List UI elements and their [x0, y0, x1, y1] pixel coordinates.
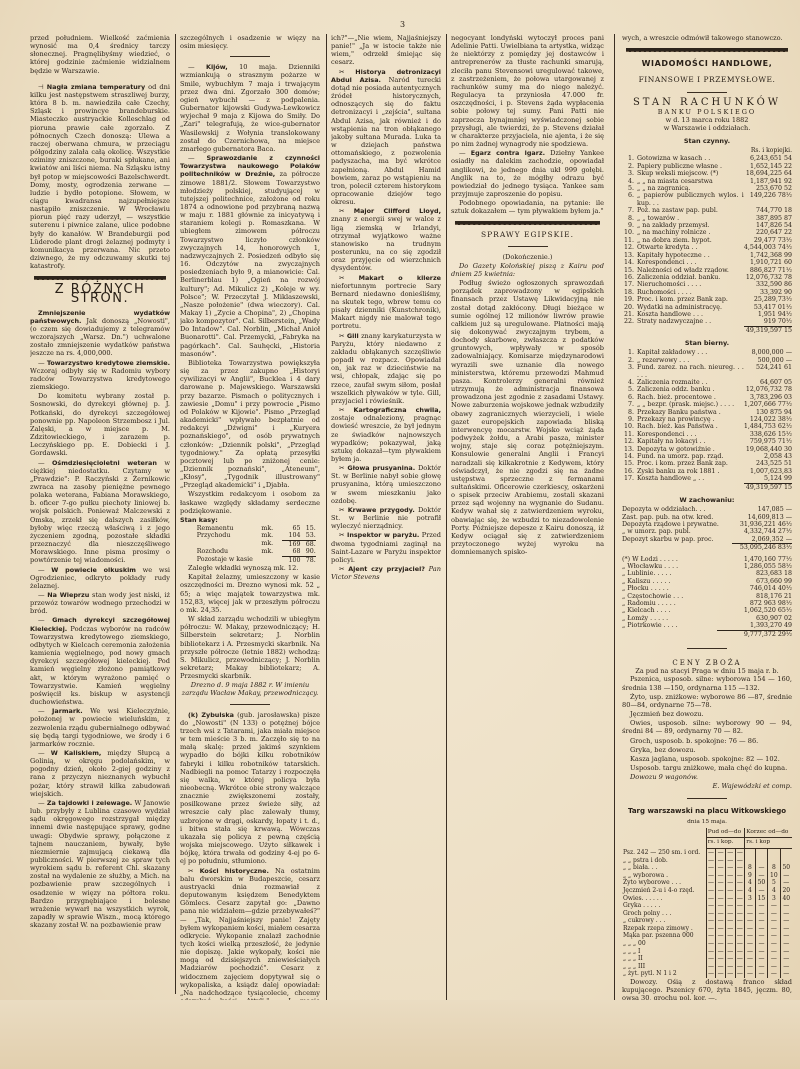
article-title: Za tajdowki i zelewage. — [47, 799, 132, 807]
table-row: Psz. 242 — 250 sm. i ord.———— — [622, 848, 792, 856]
table-row: 15.Proc. i kom. przez Bank zap.243,525 5… — [622, 460, 792, 467]
article-title: Nagła zmiana temperatury — [47, 83, 145, 91]
article: ✂ Głowa prusyanina. Doktór St. w Berlini… — [331, 464, 441, 505]
article: — Towarzystwo kredytowe ziemskie. Wczora… — [30, 359, 170, 392]
price-line: Usposob. targu zniżkowe, mała chęć do ku… — [622, 764, 792, 772]
table-row: „ Częstochowie . . .818,176 21 — [622, 593, 792, 600]
price-line: Dowozu 9 wagonów. — [622, 773, 792, 781]
scissors-icon: ✂ — [339, 506, 348, 514]
price-line: Pszenica, usposob. silne: wyborowa 154 —… — [622, 675, 792, 691]
table-unit: Rs. i kopiejki. — [622, 147, 792, 155]
table-row: 10.Rach. bież. kas Państwa .1,484,753 62… — [622, 423, 792, 430]
article: — Kijów, 10 maja. Dzienniki wzmiankują o… — [180, 63, 320, 153]
article-title: W Kaliskiem, — [51, 749, 102, 757]
section-divider — [626, 48, 788, 52]
table-row: „ Lublinie. . . . .823,683 18 — [622, 570, 792, 577]
table-row: (*) W Łodzi . . . . .1,470,160 77½ — [622, 556, 792, 563]
table-row: Mąka par. pszenna 000———————— — [622, 932, 792, 940]
price-line: Jęczmień bez dowozu. — [622, 710, 792, 718]
table-total-row: 49,319,597 15 — [622, 483, 792, 491]
article-text: Podobnego opowiadania, na pytanie: ile s… — [451, 199, 604, 215]
column-3: ich?"—„Nie wiem, Najjaśniejszy panie!" „… — [331, 34, 441, 1019]
table-row: 11.„ na dobra ziem. hypot.29,477 73½ — [622, 237, 792, 244]
table-row: 7.Poż. na zastaw pap. publ.744,770 18 — [622, 207, 792, 214]
section-title: Z RÓŻNYCH STRON. — [30, 286, 170, 302]
scissors-icon: ✂ — [339, 565, 348, 573]
price-line: Owies, usposob. silne: wyborowy 90 — 94,… — [622, 719, 792, 735]
section-title: WIADOMOŚCI HANDLOWE, — [622, 60, 792, 68]
article: ✂ Kartograficzna chwila, zostaje odnalez… — [331, 406, 441, 463]
article-text: W skład zarządu wchodzili w ubiegłym pół… — [180, 615, 320, 680]
signature: Drezno d. 9 maja 1882 r. W imieniu zarzą… — [180, 681, 320, 697]
table-row: Owies. . . . . .————315340 — [622, 895, 792, 903]
table-row: Pozostaje w kasie10078. — [197, 556, 316, 564]
table-row: 11.Korespondenci . . .338,626 15½ — [622, 431, 792, 438]
article-title: W powiecie olkuskim — [51, 566, 136, 574]
table-row: 14.Fund. na umorz. pap. rząd.2,058 43 — [622, 453, 792, 460]
section-subtitle: (Dokończenie.) — [451, 253, 604, 261]
article-text: Kapitał żelazny, umieszczony w kasie osz… — [180, 573, 320, 614]
bullet-icon: ⊣ — [38, 83, 47, 91]
scissors-icon: ✂ — [339, 274, 359, 282]
article-text: ich?"—„Nie wiem, Najjaśniejszy panie!" „… — [331, 34, 441, 67]
article: (k) Zybulska (gub. jarosławska) pisze do… — [180, 711, 320, 866]
table-row: 1.Gotowizna w kasach . .6,243,651 54 — [622, 155, 792, 162]
table-row: „ cukrowy . . .———————— — [622, 917, 792, 925]
article-title: Na Wieprzu — [47, 591, 89, 599]
table-row: 22.Straty nadzwyczajne . .919 70½ — [622, 318, 792, 326]
article-text: negocyant londyński wytoczył proces pani… — [451, 34, 604, 148]
article: ✂ Kości historyczne. Na ostatnim balu dw… — [180, 867, 320, 1014]
article-text: 10 maja. Dzienniki wzmiankują o straszny… — [180, 63, 320, 153]
table-row: Groch polny . . .———————— — [622, 910, 792, 918]
table-row: 5.„ „ na zagranicą.253,670 52 — [622, 185, 792, 192]
table-title: W zachowaniu: — [622, 496, 792, 504]
article-text: W Janowie lub. przybyły z Lublina czasow… — [30, 799, 170, 929]
article: — Za tajdowki i zelewage. W Janowie lub.… — [30, 799, 170, 930]
price-line: Groch, usposob. b. spokojne: 76 — 86. — [622, 737, 792, 745]
table-row: Rzepak rzepa zimowy .———————— — [622, 925, 792, 933]
divider — [687, 648, 727, 649]
table-total-row: 53,095,246 83½ — [622, 544, 792, 552]
table-row: 14.Korespondenci . . .1,910,721 60 — [622, 259, 792, 266]
article: ✂ Ajent czy przyjaciel? Pan Victor Steve… — [331, 565, 441, 581]
article-title: Kartograficzna chwila, — [354, 406, 441, 414]
section-divider — [34, 276, 166, 280]
table-row: „ Płocku . . . . .746,014 40½ — [622, 585, 792, 592]
table-row: 13.Depozyta w gotowiźnie .19,068,440 30 — [622, 446, 792, 453]
article-text: szczególnych i osadzenie w więzy na osim… — [180, 34, 320, 50]
report-title: STAN RACHUNKÓW — [622, 99, 792, 107]
article-title: Jarmark. — [52, 707, 83, 715]
table-row: „ Kielcach . . . .1,062,520 65½ — [622, 607, 792, 614]
scissors-icon: ✂ — [339, 332, 347, 340]
page-number: 3 — [400, 20, 405, 29]
article-text: znany karykaturzysta w Paryżu, który nie… — [331, 332, 441, 405]
table-row: 18.Ruchomości . . . .33,392 90 — [622, 289, 792, 296]
table-row: 15.Należności od władz rządow.886,827 71… — [622, 267, 792, 274]
divider — [508, 246, 548, 247]
table-row: „ żyt. pytl. N 1 i 2———————— — [622, 970, 792, 978]
table-row: Jęczmień 2-u i 4-o rzęd.————4—420 — [622, 887, 792, 895]
column-1: przed południem. Wielkość zaćmienia wyno… — [30, 34, 170, 994]
deposits-table: Depozyta w oddziałach. . .147,085 — Zast… — [622, 506, 792, 551]
grain-prices-title: CENY ZBOŻA — [622, 659, 792, 667]
article-title: Major Clifford Lloyd, — [354, 207, 441, 215]
table-row: „ w umorz. pap. publ.4,332,744 27½ — [622, 528, 792, 535]
article-text: (gub. jarosławska) pisze do „Nowosti" (N… — [180, 711, 320, 866]
article-text: niefortunnym portrecie Sary Bernard nied… — [331, 282, 441, 331]
article-text: Podczas wyborów na radców Towarzystwa kr… — [30, 625, 170, 706]
table-row: 7.„ „ bezpr. (prask. miejsc.) . . . .1,2… — [622, 401, 792, 408]
table-row: 9.„ na zakłady przemysł.147,826 54 — [622, 222, 792, 229]
article-text: przed południem. Wielkość zaćmienia wyno… — [30, 34, 170, 75]
price-line: Żyto, usp. zniżkowe: wyborowe 86 —87, śr… — [622, 693, 792, 709]
article-title: Kijów, — [206, 63, 228, 71]
table-total-row: 9,777,372 29½ — [622, 630, 792, 638]
article: — W Kaliskiem, między Słupcą a Golinią, … — [30, 749, 170, 798]
article: ✂ Inspektor w paryżu. Przed dwoma tygodn… — [331, 531, 441, 564]
section-subtitle: FINANSOWE I PRZEMYSŁOWE. — [622, 76, 792, 84]
table-row: Żyto wyborowe . . .————4505— — [622, 879, 792, 887]
article-title: Ośmdziesięcioletni weteran — [52, 459, 157, 467]
article: ✂ Gill znany karykaturzysta w Paryżu, kt… — [331, 332, 441, 405]
article: — W powiecie olkuskim we wsi Ogrodzienie… — [30, 566, 170, 590]
article-title: Kości historyczne. — [200, 867, 269, 875]
table-row: 20.Wydatki na administracyę.53,417 01½ — [622, 304, 792, 311]
table-row: Depozyta rządowe i prywatne.31,936,221 4… — [622, 521, 792, 528]
scissors-icon: ✂ — [188, 867, 200, 875]
bank-name: BANKU POLSKIEGO — [622, 108, 792, 116]
table-row: 2.Papiery publiczne własne .1,652,145 22 — [622, 163, 792, 170]
column-divider — [446, 34, 447, 1019]
table-row: 9.Przekazy na prowincyę .124,022 38½ — [622, 416, 792, 423]
table-row: „ Kaliszu . . . . .673,660 99 — [622, 578, 792, 585]
table-row: „ „ „ 00———————— — [622, 940, 792, 948]
table-row: 17.Koszta handlowe „ . .5,124 99 — [622, 475, 792, 483]
article: — Jarmark. We wsi Kieleczyźnie, położone… — [30, 707, 170, 748]
article: — Gmach dyrekcyi szczegółowej Kieleckiej… — [30, 616, 170, 706]
article-text: Do komitetu wybrany został p. Sosnowski,… — [30, 392, 170, 457]
table-row: Remanentumk.6515. — [197, 525, 316, 532]
table-row: Zast. pap. pub. na otw. kred.14,609,813 … — [622, 514, 792, 521]
article-title: Głowa prusyanina. — [347, 464, 415, 472]
article-title: Krwawe przygody. — [348, 506, 415, 514]
table-row: Depozyta w oddziałach. . .147,085 — — [622, 506, 792, 513]
divider — [687, 798, 727, 799]
table-row: Gryka . . . . .———————— — [622, 902, 792, 910]
table-row: 13.Kapitały hypoteczne . .1,742,368 99 — [622, 252, 792, 259]
table-row: „ „ wyborowa .————9—10— — [622, 872, 792, 880]
table-row: 19.Proc. i kom. przez Bank zap.25,289,73… — [622, 296, 792, 303]
article: ✂ Krwawe przygody. Doktór St. w Berlinie… — [331, 506, 441, 530]
article-title: Ajent czy przyjaciel? — [348, 565, 425, 573]
market-table: Pud od—doKorzec od—do rs. i kop.rs. i ko… — [622, 828, 792, 978]
table-title: Stan czynny. — [622, 137, 792, 145]
article: ✂ Historya detronizacyi Abdul Azisa. Nar… — [331, 68, 441, 207]
market-title: Targ warszawski na placu Witkowskiego — [622, 807, 792, 815]
article: Zmniejszenie wydatków państwowych. Jak d… — [30, 309, 170, 358]
price-line: Kasza jaglana, usposob. spokojne: 82 — 1… — [622, 755, 792, 763]
article: ✂ Major Clifford Lloyd, znany z energii … — [331, 207, 441, 272]
assets-table: 1.Gotowizna w kasach . .6,243,651 54 2.P… — [622, 155, 792, 334]
table-row: Przychodumk.10453. — [197, 532, 316, 540]
article-text: Na ostatnim balu dworskim w Budapeszcie,… — [180, 867, 320, 1014]
article: — Egarz contra lgarz. Dziełny Yankee osi… — [451, 149, 604, 198]
article-text: Podług świeżo ogłoszonych sprawozdań por… — [451, 279, 604, 556]
signature: E. Wajewódzki et comp. — [622, 782, 792, 790]
article-text: za półrocze zimowe 1881/2. Słowem Towarz… — [180, 170, 320, 357]
deliveries-text: Dowozy. Ośią z dostawą franco skład kupu… — [622, 978, 792, 1002]
table-row: 3.Fund. zarez. na rach. nieureg. . . . .… — [622, 364, 792, 379]
table-row: 10.„ na machiny rolnicze .220,647 22 — [622, 229, 792, 236]
table-title: Stan bierny. — [622, 339, 792, 347]
article-text: Dziełny Yankee osiadły na dalekim zachod… — [451, 149, 604, 198]
article-text: zostaje odnaleziony, pragnąc dowieść wre… — [331, 414, 441, 463]
table-row: 8.Przekazy Banku państwa .130 875 94 — [622, 409, 792, 416]
table-row: 17.Nieruchomości . . . .332,590 86 — [622, 281, 792, 288]
table-row: 4.Zaliczenia rozmaite . .64,607 05 — [622, 379, 792, 386]
article-title: Gill — [347, 332, 359, 340]
grain-prices-subtitle: Za pud na stacyi Praga w dniu 15 maja r.… — [622, 667, 792, 675]
table-row: 16.Zaliczenia oddział. banku.12,076,732 … — [622, 274, 792, 281]
table-row: „ Łomży . . . . .630,907 02 — [622, 615, 792, 622]
table-row: 16.Zyski banku za rok 1881 .1,007,623,83 — [622, 468, 792, 475]
branches-table: (*) W Łodzi . . . . .1,470,160 77½ „ Wło… — [622, 556, 792, 638]
table-row: 6.„ papierów publicznych wylos. i kup. .… — [622, 192, 792, 207]
article-text: Naród turecki dotąd nie posiada autentyc… — [331, 76, 441, 206]
report-date: w d. 13 marca roku 1882 — [622, 116, 792, 124]
kasa-label: Stan kasy: — [180, 516, 320, 524]
price-line: Gryka, bez dowozu. — [622, 746, 792, 754]
liabilities-table: 1.Kapitał zakładowy . . .8,000,000 — 2.„… — [622, 349, 792, 491]
table-row: mk.16968. — [197, 540, 316, 548]
article-text: We wsi Kieleczyźnie, położonej w powieci… — [30, 707, 170, 748]
table-row: 6.Rach. bież. procentowe .3,783,296 03 — [622, 394, 792, 401]
table-row: Rozchodumk.6890. — [197, 548, 316, 556]
table-row: „ Radomiu . . . . .872 963 98½ — [622, 600, 792, 607]
column-5: wych, a wreszcie odmówił takowego stanow… — [622, 34, 792, 1034]
table-row: 12.Otwarte kredyta . .4,544,003 74½ — [622, 244, 792, 251]
table-row: „ Włocławku . . . .1,286,055 58½ — [622, 563, 792, 570]
table-row: 3.Skup weksli miejscow. (*)18,694,225 64 — [622, 170, 792, 177]
article-title: Egarz contra lgarz. — [471, 149, 545, 157]
table-row: 8.„ „ towarów .387,895 87 — [622, 215, 792, 222]
divider — [230, 56, 270, 57]
scissors-icon: ✂ — [339, 531, 347, 539]
section-divider — [455, 221, 600, 225]
divider — [230, 704, 270, 705]
column-2: szczególnych i osadzenie w więzy na osim… — [180, 34, 320, 1014]
column-divider — [175, 34, 176, 994]
article-text: Zaległe wkładki wynoszą mk. 12. — [180, 564, 320, 572]
divider — [687, 92, 727, 93]
table-row: „ „ „ III———————— — [622, 963, 792, 971]
kasa-table: Remanentumk.6515. Przychodumk.10453. mk.… — [197, 525, 316, 564]
table-row: 4.„ „ na miasta cesarstwa1,187,941 92 — [622, 178, 792, 185]
page-bottom-margin — [0, 1000, 800, 1069]
scissors-icon: ✂ — [339, 406, 354, 414]
article-text: Wczoraj odbyły się w Radomiu wybory radc… — [30, 367, 170, 391]
article: ⊣ Nagła zmiana temperatury od dni kilku … — [30, 83, 170, 271]
column-divider — [326, 34, 327, 1014]
table-row: „ Piotrkowie . . . .1,393,270 49 — [622, 622, 792, 630]
column-4: negocyant londyński wytoczył proces pani… — [451, 34, 604, 1019]
article: — Ośmdziesięcioletni weteran w ciężkiej … — [30, 459, 170, 565]
table-row: 1.Kapitał zakładowy . . .8,000,000 — — [622, 349, 792, 356]
article-text: znany z energii swej w walce z ligą ziem… — [331, 215, 441, 272]
article: — Sprawozdanie z czynności Towarzystwa n… — [180, 154, 320, 358]
article-text: w ciężkiej niedostatku. Czytamy w „Prawd… — [30, 459, 170, 565]
scissors-icon: ✂ — [339, 68, 355, 76]
article-title: (k) Zybulska — [188, 711, 234, 719]
table-row: „ „ pstra i dob.———— — [622, 857, 792, 865]
scissors-icon: ✂ — [339, 207, 354, 215]
article-lead: Do Gazety Kolońskiej piszą z Kairu pod d… — [451, 262, 604, 278]
column-divider — [614, 34, 615, 1024]
table-row: 5.Zaliczenia oddz. banku .12,076,732 78 — [622, 386, 792, 393]
article: — Na Wieprzu stan wody jest niski, iż pr… — [30, 591, 170, 615]
table-row: „ „ „ I———————— — [622, 948, 792, 956]
section-title: SPRAWY EGIPSKIE. — [451, 231, 604, 239]
table-row: 21.Koszta handlowe . . .1,951 94½ — [622, 311, 792, 318]
article-text: Wszystkim redakcyom i osobom za łaskawe … — [180, 490, 320, 514]
table-row: „ „ „ II———————— — [622, 955, 792, 963]
article-text: Biblioteka Towarzystwa powiększyła się z… — [180, 359, 320, 490]
table-row: Depozyt skarbu w pap. proc.2,069,352 — — [622, 536, 792, 544]
article-text: między Słupcą a Golinią, w okręgu podola… — [30, 749, 170, 798]
table-row: 12.Kapitały na lokacyi . .759,975 71½ — [622, 438, 792, 445]
table-row: „ „ biała. . .————8—850 — [622, 864, 792, 872]
article-title: Inspektor w paryżu. — [347, 531, 419, 539]
article-title: Makart o kilerze — [359, 274, 441, 282]
table-total-row: 49,319,597 15 — [622, 326, 792, 334]
article-text: od dni kilku jest następstwem straszliwe… — [30, 83, 170, 270]
article: ✂ Makart o kilerze niefortunnym portreci… — [331, 274, 441, 331]
article-text: wych, a wreszcie odmówił takowego stanow… — [622, 34, 792, 42]
newspaper-page: 3 przed południem. Wielkość zaćmienia wy… — [0, 0, 800, 1069]
article-title: Towarzystwo kredytowe ziemskie. — [47, 359, 170, 367]
report-place: w Warszawie i oddziałach. — [622, 124, 792, 132]
table-row: 2.„ rezerwowy . . .500,000 — — [622, 357, 792, 364]
market-date: dnia 15 maja. — [622, 818, 792, 826]
